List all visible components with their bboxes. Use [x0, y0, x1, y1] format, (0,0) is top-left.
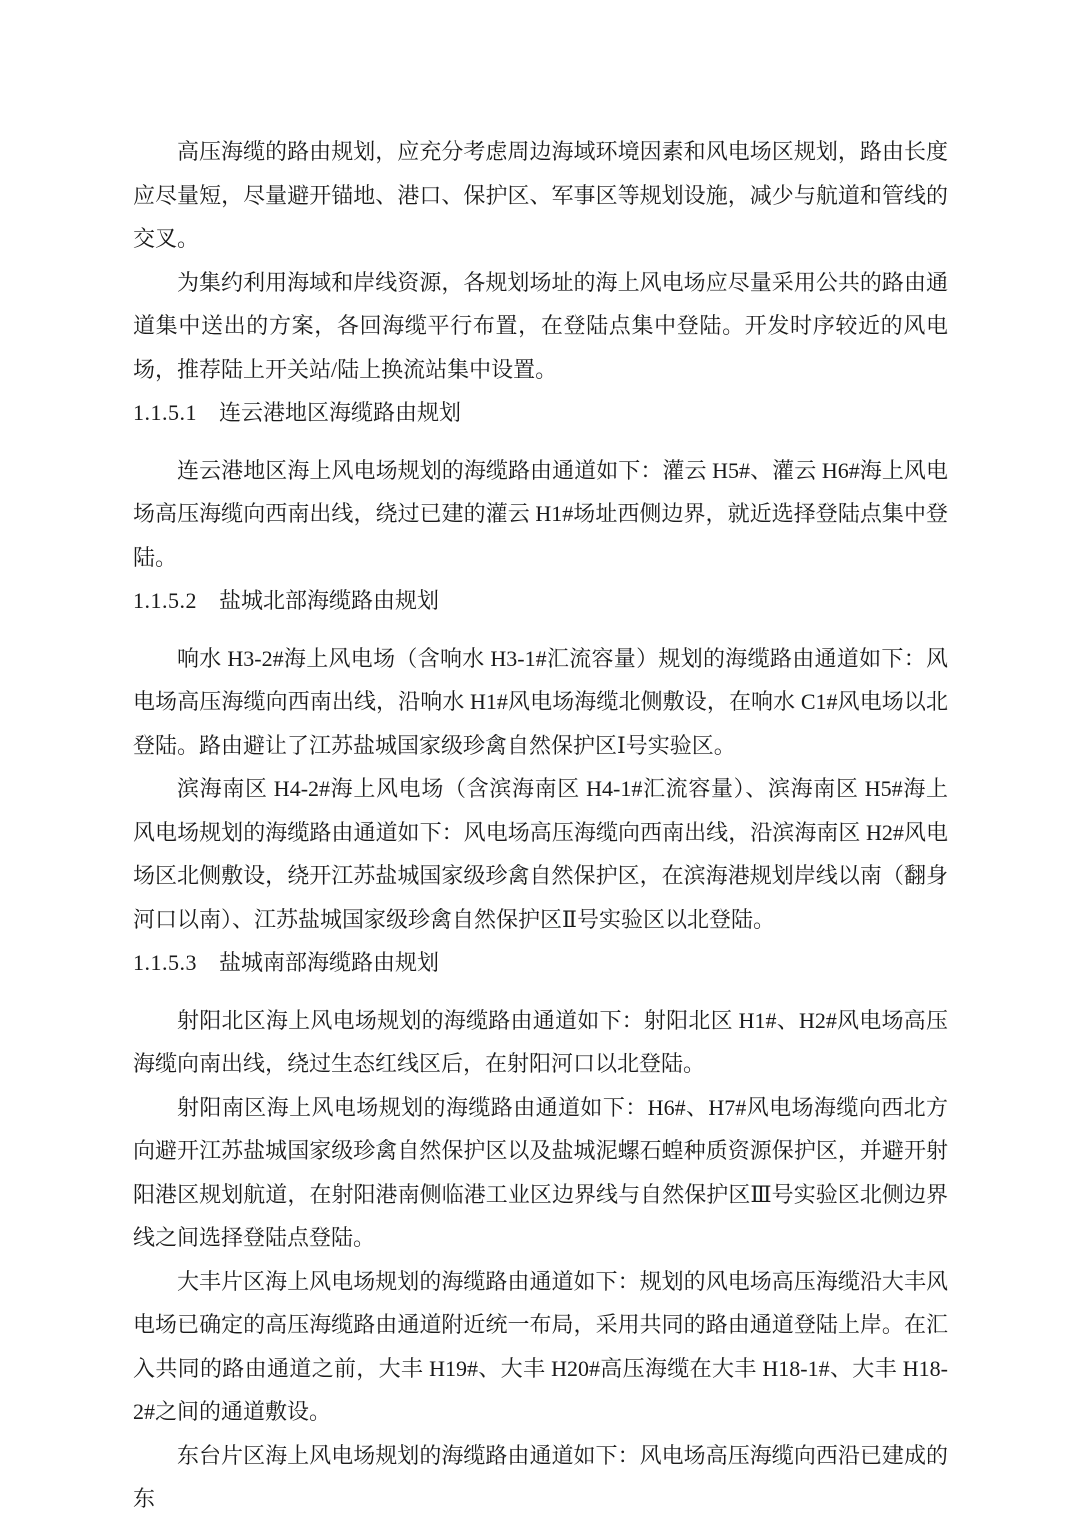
section-number: 1.1.5.2: [133, 579, 197, 623]
section-title: 连云港地区海缆路由规划: [219, 400, 461, 425]
section-number: 1.1.5.1: [133, 391, 197, 435]
paragraph-lianyungang-route: 连云港地区海上风电场规划的海缆路由通道如下：灌云 H5#、灌云 H6#海上风电场…: [133, 449, 948, 580]
section-heading-lianyungang: 1.1.5.1连云港地区海缆路由规划: [133, 391, 948, 435]
paragraph-sheyang-north-route: 射阳北区海上风电场规划的海缆路由通道如下：射阳北区 H1#、H2#风电场高压海缆…: [133, 999, 948, 1086]
section-number: 1.1.5.3: [133, 941, 197, 985]
section-heading-yancheng-south: 1.1.5.3盐城南部海缆路由规划: [133, 941, 948, 985]
section-title: 盐城南部海缆路由规划: [219, 950, 439, 975]
paragraph-xiangshui-route: 响水 H3-2#海上风电场（含响水 H3-1#汇流容量）规划的海缆路由通道如下：…: [133, 637, 948, 768]
paragraph-shared-corridor-principles: 为集约利用海域和岸线资源，各规划场址的海上风电场应尽量采用公共的路由通道集中送出…: [133, 261, 948, 392]
paragraph-dongtai-route: 东台片区海上风电场规划的海缆路由通道如下：风电场高压海缆向西沿已建成的东: [133, 1434, 948, 1521]
paragraph-cable-route-principles: 高压海缆的路由规划，应充分考虑周边海域环境因素和风电场区规划，路由长度应尽量短，…: [133, 130, 948, 261]
paragraph-binhai-south-route: 滨海南区 H4-2#海上风电场（含滨海南区 H4-1#汇流容量）、滨海南区 H5…: [133, 767, 948, 941]
section-heading-yancheng-north: 1.1.5.2盐城北部海缆路由规划: [133, 579, 948, 623]
document-page: 高压海缆的路由规划，应充分考虑周边海域环境因素和风电场区规划，路由长度应尽量短，…: [0, 0, 1080, 1527]
paragraph-dafeng-route: 大丰片区海上风电场规划的海缆路由通道如下：规划的风电场高压海缆沿大丰风电场已确定…: [133, 1260, 948, 1434]
section-title: 盐城北部海缆路由规划: [219, 588, 439, 613]
paragraph-sheyang-south-route: 射阳南区海上风电场规划的海缆路由通道如下：H6#、H7#风电场海缆向西北方向避开…: [133, 1086, 948, 1260]
